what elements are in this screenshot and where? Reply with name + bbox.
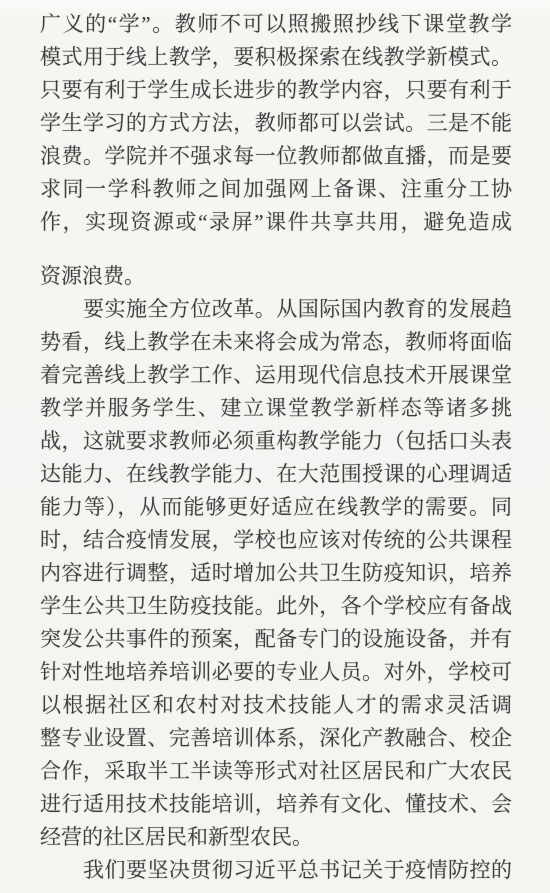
text-line: 以根据社区和农村对技术技能人才的需求灵活调 — [40, 689, 512, 722]
text-line: 我们要坚决贯彻习近平总书记关于疫情防控的 — [40, 854, 512, 887]
document-page: 广义的“学”。教师不可以照搬照抄线下课堂教学模式用于线上教学，要积极探索在线教学… — [0, 0, 550, 893]
text-line: 合作，采取半工半读等形式对社区居民和广大农民 — [40, 755, 512, 788]
page-content: 广义的“学”。教师不可以照搬照抄线下课堂教学模式用于线上教学，要积极探索在线教学… — [0, 0, 550, 887]
text-line: 着完善线上教学工作、运用现代信息技术开展课堂 — [40, 359, 512, 392]
paragraph-block-2: 资源浪费。要实施全方位改革。从国际国内教育的发展趋势看，线上教学在未来将会成为常… — [40, 260, 512, 887]
text-line: 针对性地培养培训必要的专业人员。对外，学校可 — [40, 656, 512, 689]
paragraph-block-1: 广义的“学”。教师不可以照搬照抄线下课堂教学模式用于线上教学，要积极探索在线教学… — [40, 8, 512, 239]
text-line: 只要有利于学生成长进步的教学内容，只要有利于 — [40, 74, 512, 107]
text-line: 势看，线上教学在未来将会成为常态，教师将面临 — [40, 326, 512, 359]
text-line: 内容进行调整，适时增加公共卫生防疫知识，培养 — [40, 557, 512, 590]
text-line: 学生公共卫生防疫技能。此外，各个学校应有备战 — [40, 590, 512, 623]
text-line: 整专业设置、完善培训体系，深化产教融合、校企 — [40, 722, 512, 755]
text-line: 教学并服务学生、建立课堂教学新样态等诸多挑 — [40, 392, 512, 425]
text-line: 求同一学科教师之间加强网上备课、注重分工协 — [40, 173, 512, 206]
page-section-gap — [40, 239, 512, 260]
text-line: 战，这就要求教师必须重构教学能力（包括口头表 — [40, 425, 512, 458]
text-line: 广义的“学”。教师不可以照搬照抄线下课堂教学 — [40, 8, 512, 41]
text-line: 时，结合疫情发展，学校也应该对传统的公共课程 — [40, 524, 512, 557]
text-line: 进行适用技术技能培训，培养有文化、懂技术、会 — [40, 788, 512, 821]
text-line: 达能力、在线教学能力、在大范围授课的心理调适 — [40, 458, 512, 491]
text-line: 资源浪费。 — [40, 260, 512, 293]
text-line: 要实施全方位改革。从国际国内教育的发展趋 — [40, 293, 512, 326]
text-line: 作，实现资源或“录屏”课件共享共用，避免造成 — [40, 206, 512, 239]
text-line: 经营的社区居民和新型农民。 — [40, 821, 512, 854]
text-line: 突发公共事件的预案，配备专门的设施设备，并有 — [40, 623, 512, 656]
text-line: 学生学习的方式方法，教师都可以尝试。三是不能 — [40, 107, 512, 140]
text-line: 浪费。学院并不强求每一位教师都做直播，而是要 — [40, 140, 512, 173]
text-line: 能力等），从而能够更好适应在线教学的需要。同 — [40, 491, 512, 524]
text-line: 模式用于线上教学，要积极探索在线教学新模式。 — [40, 41, 512, 74]
